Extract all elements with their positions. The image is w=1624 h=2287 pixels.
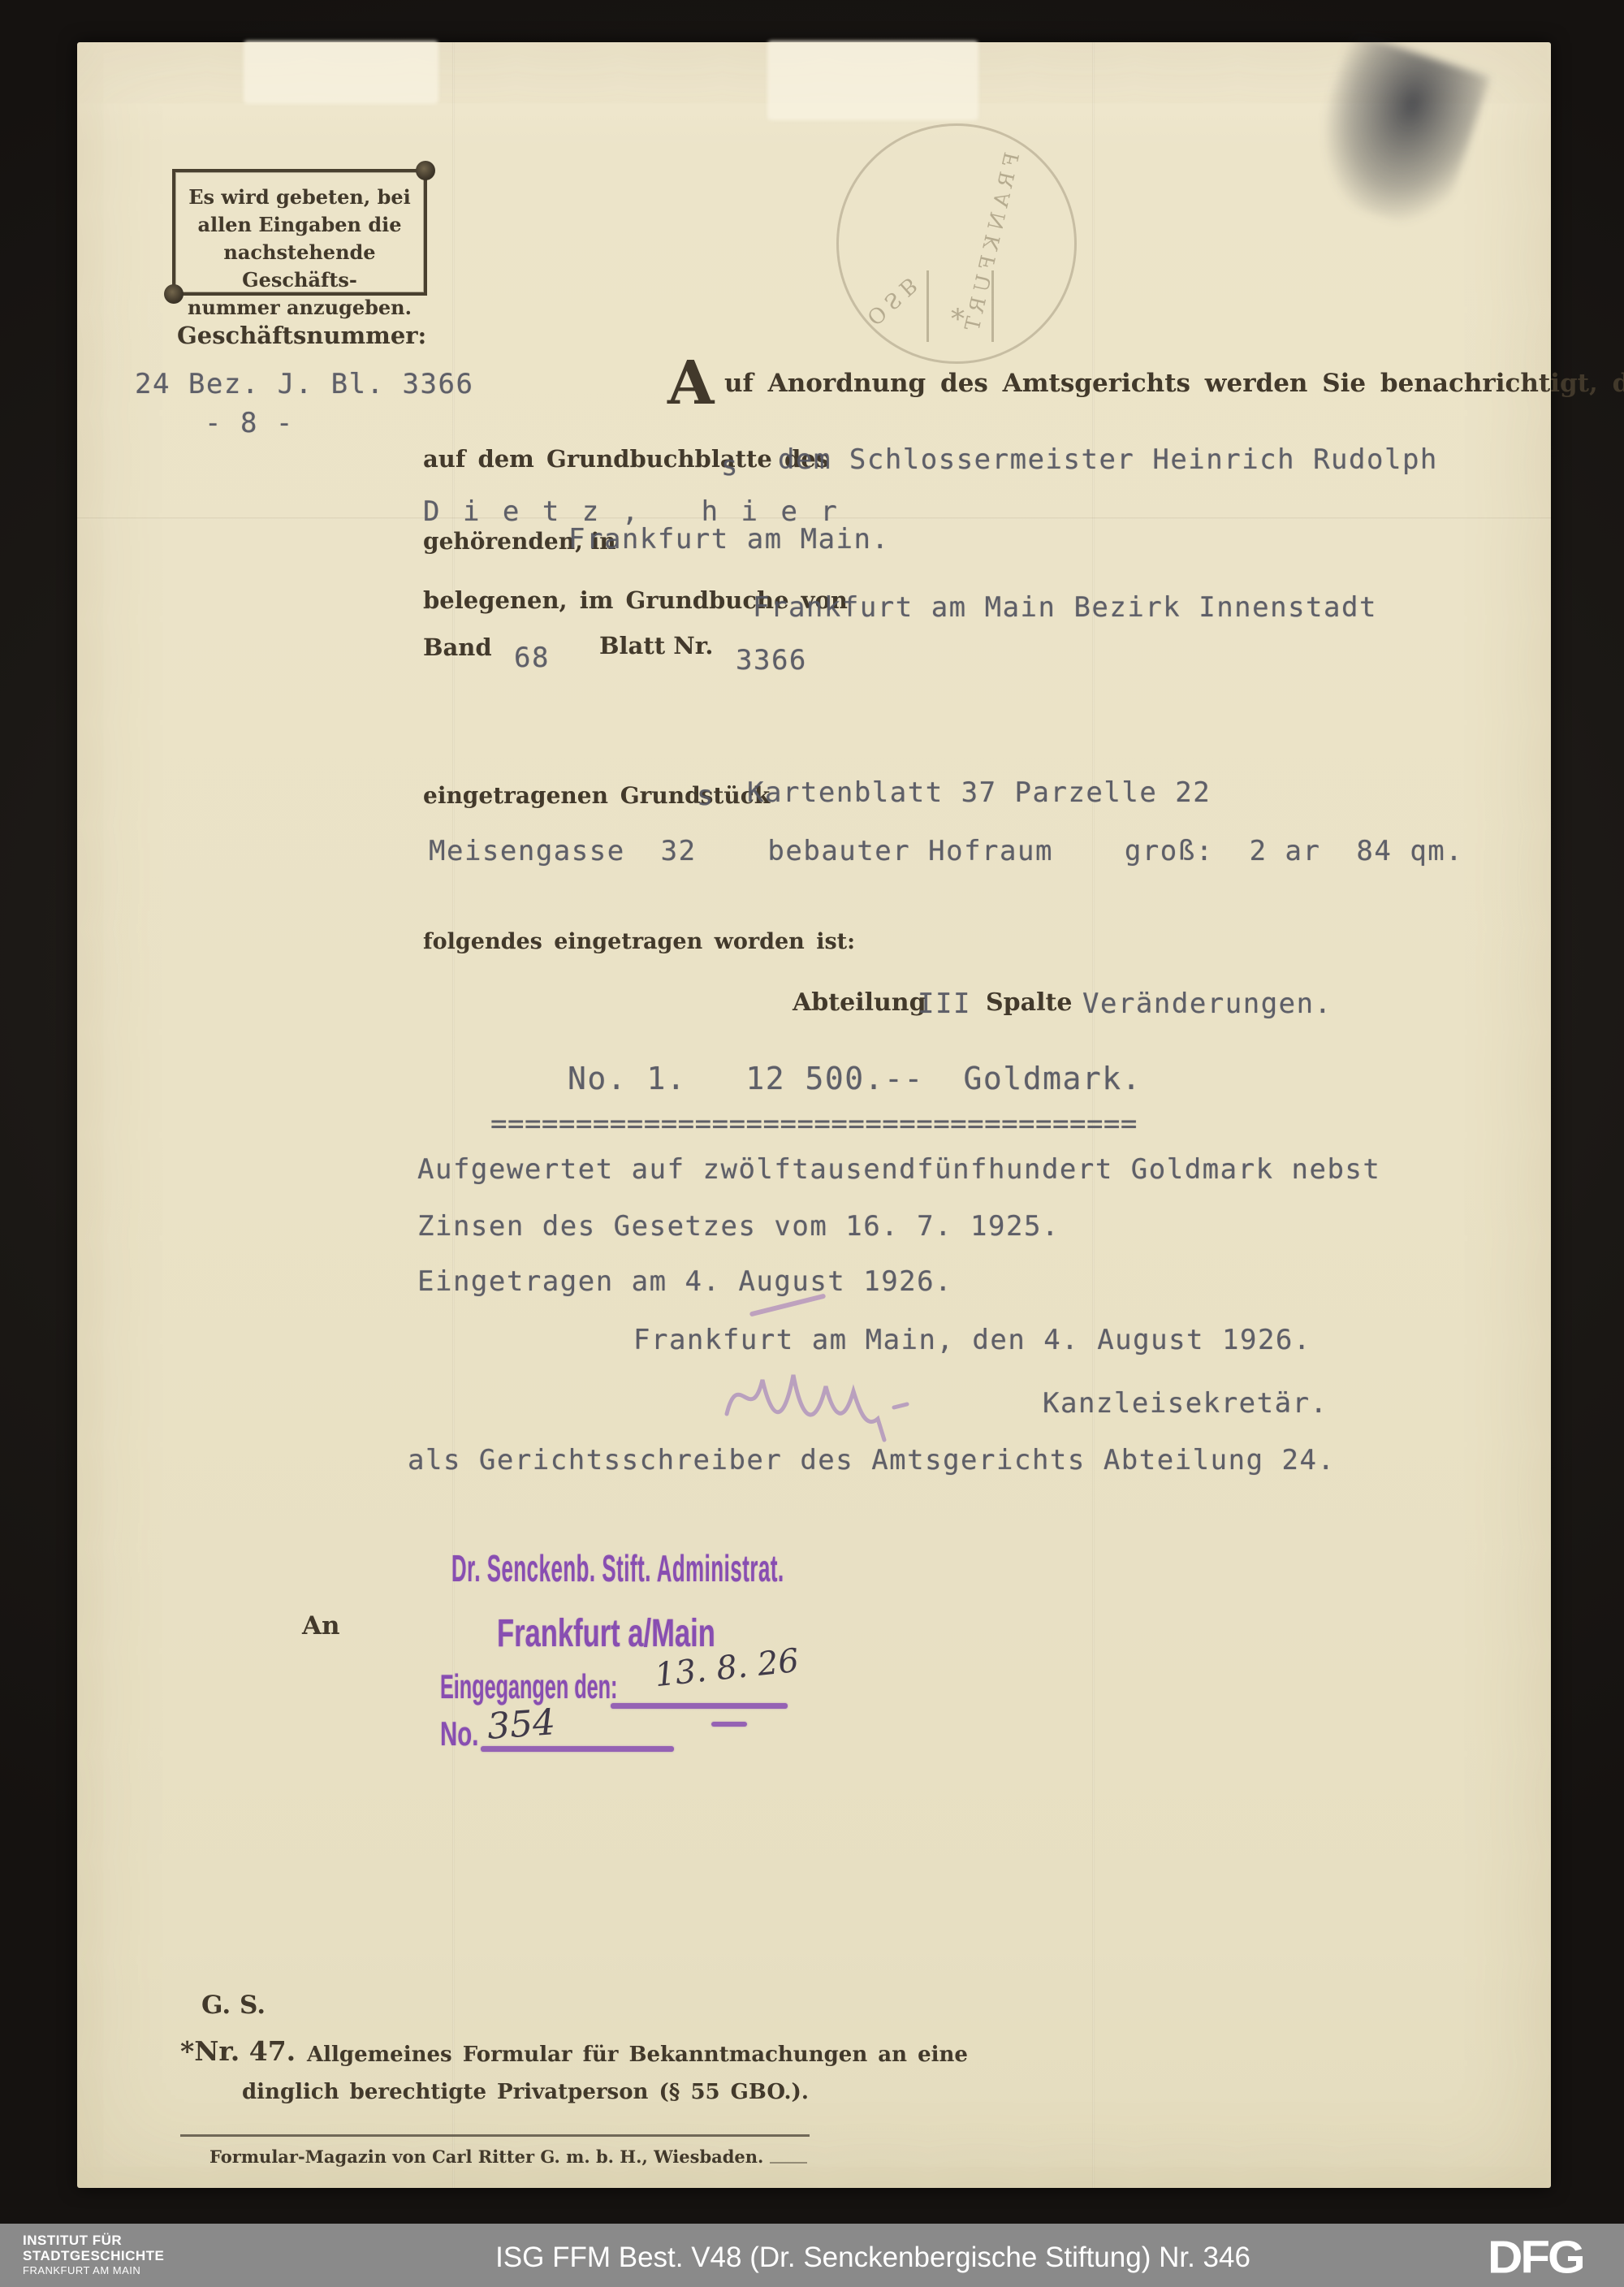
footer-dash: [770, 2162, 807, 2164]
amount-line: No. 1. 12 500.-- Goldmark.: [568, 1062, 1142, 1096]
intro-initial: A: [667, 351, 714, 417]
address-typed: Meisengasse 32 bebauter Hofraum groß: 2 …: [429, 837, 1463, 867]
received-underline: [611, 1703, 788, 1709]
signature-scribble: [719, 1344, 954, 1454]
corner-ornament-icon: [416, 161, 435, 180]
notice-line: allen Eingaben die: [175, 211, 424, 239]
owner-typed: dem Schlossermeister Heinrich Rudolph: [778, 445, 1438, 475]
postmark-asterisk: *: [951, 303, 965, 335]
revalued-line1: Aufgewertet auf zwölftausendfünfhundert …: [417, 1155, 1380, 1185]
corner-ornament-icon: [164, 161, 184, 180]
received-label: Eingegangen den:: [440, 1668, 617, 1706]
located-typed: Frankfurt am Main Bezirk Innenstadt: [753, 593, 1377, 623]
file-number-value: 24 Bez. J. Bl. 3366: [135, 370, 473, 400]
spalte-value: Veränderungen.: [1082, 989, 1332, 1019]
tape-mark-center: [767, 41, 978, 120]
footer-description-line1: Allgemeines Formular für Bekanntmachunge…: [307, 2043, 968, 2067]
notice-line: Es wird gebeten, bei: [175, 184, 424, 211]
notice-line: nummer anzugeben.: [175, 294, 424, 322]
blatt-label: Blatt Nr.: [599, 633, 713, 659]
dfg-logo: DFG: [1488, 2230, 1583, 2284]
stamp-no-handwritten: 354: [486, 1703, 556, 1747]
stamp-no-underline: [481, 1746, 674, 1752]
footer-publisher: Formular-Magazin von Carl Ritter G. m. b…: [209, 2147, 763, 2166]
footer-description-line2: dinglich berechtigte Privatperson (§ 55 …: [242, 2081, 809, 2104]
blatt-value: 3366: [736, 646, 807, 676]
notice-line: nachstehende Geschäfts-: [175, 239, 424, 294]
following-label: folgendes eingetragen worden ist:: [423, 930, 855, 954]
postmark-circle: FRANKFURT OSB *: [836, 123, 1077, 364]
sheet-overlap-typed: s: [721, 452, 739, 482]
postmark-lower-text: OSB: [862, 268, 926, 329]
tape-mark-left: [244, 41, 438, 104]
abteilung-label: Abteilung: [793, 989, 926, 1016]
abteilung-value: III: [918, 989, 971, 1019]
footer-rule: [180, 2134, 810, 2137]
archive-reference: ISG FFM Best. V48 (Dr. Senckenbergische …: [495, 2242, 1250, 2274]
archival-scan: FRANKFURT OSB * Es wird gebeten, bei all…: [0, 0, 1624, 2287]
institute-name-line2: STADTGESCHICHTE: [23, 2248, 164, 2264]
institute-name-line1: INSTITUT FÜR: [23, 2233, 122, 2248]
stamp-no-label: No.: [440, 1715, 478, 1753]
registered-line: Eingetragen am 4. August 1926.: [417, 1267, 952, 1297]
spalte-label: Spalte: [986, 989, 1072, 1016]
file-number-label: Geschäftsnummer:: [177, 323, 426, 349]
receipt-stamp-line2: Frankfurt a/Main: [497, 1613, 715, 1656]
an-label: An: [302, 1612, 340, 1640]
parcel-label: eingetragenen Grundstück: [423, 784, 770, 809]
sheet-label: auf dem Grundbuchblatte des: [423, 447, 829, 473]
parcel-typed: Kartenblatt 37 Parzelle 22: [747, 778, 1211, 808]
receipt-stamp-line1: Dr. Senckenb. Stift. Administrat.: [451, 1548, 784, 1589]
parcel-overlap-typed: s: [697, 781, 715, 811]
revalued-line2: Zinsen des Gesetzes vom 16. 7. 1925.: [417, 1212, 1060, 1242]
file-number-suffix: - 8 -: [205, 409, 294, 439]
clerk-line: als Gerichtsschreiber des Amtsgerichts A…: [408, 1446, 1335, 1476]
notice-box: Es wird gebeten, bei allen Eingaben die …: [172, 169, 427, 296]
archive-bar: INSTITUT FÜR STADTGESCHICHTE FRANKFURT A…: [0, 2224, 1624, 2287]
fold-crease-vertical-left: [452, 42, 455, 2188]
belong-typed: Frankfurt am Main.: [568, 525, 889, 555]
institute-name-line3: FRANKFURT AM MAIN: [23, 2264, 140, 2276]
amount-separator: ======================================: [490, 1109, 1138, 1139]
footer-form-number: *Nr. 47.: [180, 2037, 296, 2066]
intro-text: uf Anordnung des Amtsgerichts werden Sie…: [724, 370, 1624, 397]
footer-gs: G. S.: [201, 1991, 266, 2019]
band-label: Band: [423, 635, 492, 661]
band-value: 68: [514, 643, 550, 673]
received-underline-fragment: [711, 1722, 747, 1727]
signer-title: Kanzleisekretär.: [1043, 1389, 1328, 1419]
postmark-band-tick: [926, 270, 929, 342]
